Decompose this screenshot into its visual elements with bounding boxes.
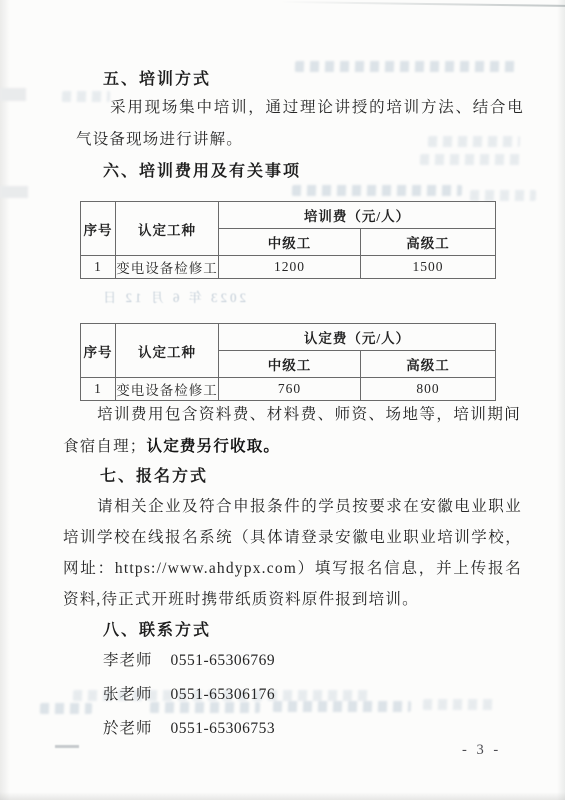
col-header-seq: 序号 (81, 202, 116, 256)
bleedthrough-strip (273, 701, 411, 712)
contact-phone: 0551-65306753 (171, 720, 276, 737)
scanned-document-page: 2023 年 6 月 12 日 五、培训方式 采用现场集中培训，通过理论讲授的培… (0, 0, 565, 800)
section-7-paragraph: 请相关企业及符合申报条件的学员按要求在安徽电业职业培训学校在线报名系统（具体请登… (63, 491, 522, 615)
section-6-heading: 六、培训费用及有关事项 (103, 158, 301, 181)
bottom-edge-shadow (0, 792, 565, 800)
cell-trade: 变电设备检修工 (116, 256, 219, 279)
table-row: 1 变电设备检修工 1200 1500 (81, 256, 496, 279)
contact-row: 於老师0551-65306753 (103, 716, 275, 738)
page-number: - 3 - (462, 742, 501, 759)
contact-row: 张老师0551-65306176 (103, 682, 275, 704)
bleedthrough-date-text: 2023 年 6 月 12 日 (66, 287, 246, 306)
certification-fee-table: 序号 认定工种 认定费（元/人） 中级工 高级工 1 变电设备检修工 760 8… (80, 323, 496, 401)
section-7-heading: 七、报名方式 (100, 463, 208, 486)
fee-note-paragraph: 培训费用包含资料费、材料费、师资、场地等，培训期间食宿自理；认定费另行收取。 (63, 399, 521, 463)
cell-mid-fee: 760 (219, 378, 361, 401)
fee-note-normal: 培训费用包含资料费、材料费、师资、场地等，培训期间食宿自理； (63, 406, 521, 455)
table-header-row: 序号 认定工种 培训费（元/人） (81, 202, 496, 229)
left-edge-shadow (0, 0, 10, 800)
table-header-row: 序号 认定工种 认定费（元/人） (81, 324, 496, 351)
contact-name: 张老师 (103, 686, 153, 703)
section-5-heading: 五、培训方式 (103, 66, 211, 89)
right-edge-shadow (557, 0, 565, 800)
bleedthrough-strip (423, 699, 495, 710)
bleedthrough-strip (292, 185, 462, 196)
fee-note-bold: 认定费另行收取。 (147, 438, 281, 455)
group-header-certification-fee: 认定费（元/人） (219, 324, 496, 351)
scan-edge-line (280, 1, 565, 7)
cell-high-fee: 1500 (361, 256, 496, 279)
group-header-training-fee: 培训费（元/人） (219, 202, 496, 229)
col-header-senior: 高级工 (361, 229, 496, 256)
col-header-senior: 高级工 (361, 351, 496, 378)
section-8-heading: 八、联系方式 (103, 617, 211, 640)
bleedthrough-strip (295, 61, 520, 72)
col-header-seq: 序号 (81, 324, 116, 378)
cell-high-fee: 800 (361, 378, 496, 401)
cell-seq: 1 (81, 378, 116, 401)
scan-artifact-dash (55, 745, 79, 748)
contact-phone: 0551-65306176 (171, 686, 276, 703)
cell-trade: 变电设备检修工 (116, 378, 219, 401)
bleedthrough-block (0, 88, 26, 101)
cell-mid-fee: 1200 (219, 256, 361, 279)
col-header-trade: 认定工种 (116, 202, 219, 256)
table-row: 1 变电设备检修工 760 800 (81, 378, 496, 401)
col-header-intermediate: 中级工 (219, 229, 361, 256)
bleedthrough-strip (470, 190, 536, 201)
col-header-trade: 认定工种 (116, 324, 219, 378)
col-header-intermediate: 中级工 (219, 351, 361, 378)
bleedthrough-strip (40, 703, 92, 714)
contact-row: 李老师0551-65306769 (103, 648, 275, 670)
bleedthrough-block (0, 186, 28, 198)
cell-seq: 1 (81, 256, 116, 279)
training-fee-table: 序号 认定工种 培训费（元/人） 中级工 高级工 1 变电设备检修工 1200 … (80, 201, 496, 279)
contact-name: 於老师 (103, 720, 153, 737)
contact-phone: 0551-65306769 (171, 652, 276, 669)
section-5-paragraph: 采用现场集中培训，通过理论讲授的培训方法、结合电气设备现场进行讲解。 (76, 92, 524, 156)
contact-name: 李老师 (103, 652, 153, 669)
